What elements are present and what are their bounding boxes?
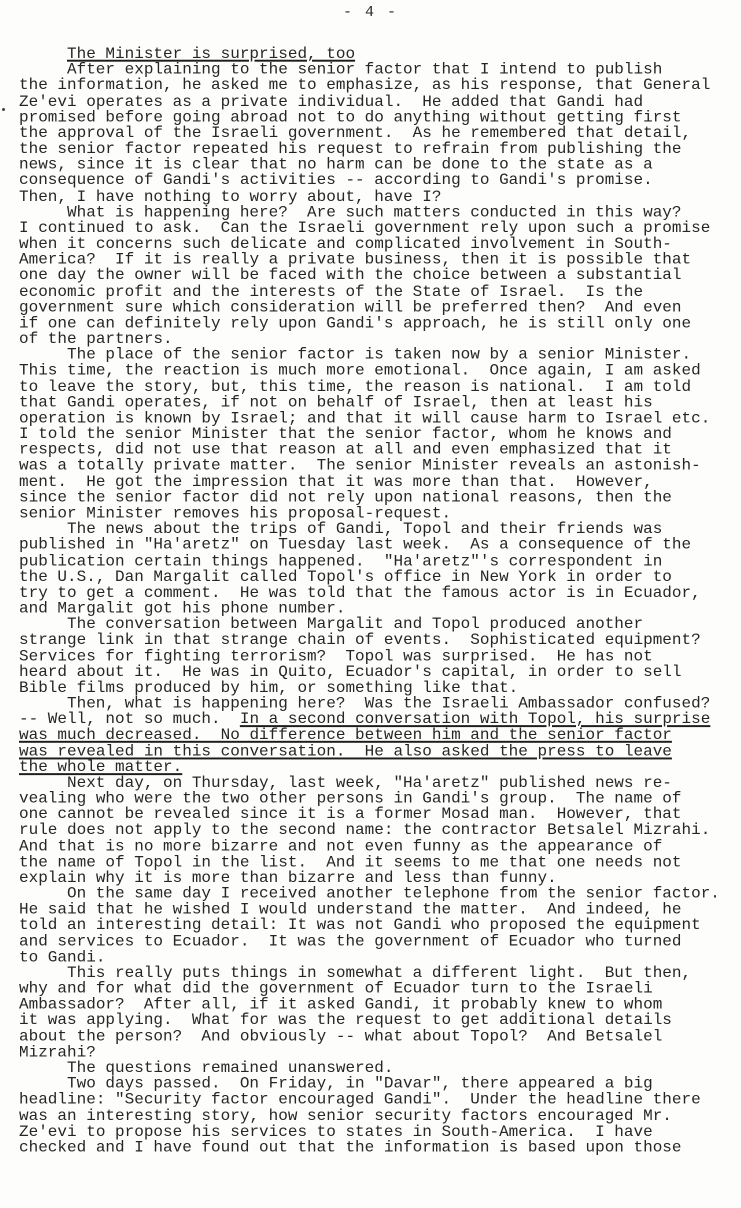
text-line: Two days passed. On Friday, in "Davar", …	[19, 1076, 739, 1092]
document-body: The Minister is surprised, tooAfter expl…	[19, 46, 739, 1155]
text-line: After explaining to the senior factor th…	[19, 62, 739, 78]
text-line: one cannot be revealed since it is a for…	[19, 807, 739, 823]
text-line: -- Well, not so much. In a second conver…	[19, 712, 739, 728]
text-line: if one can definitely rely upon Gandi's …	[19, 315, 739, 331]
text-line: Ze'evi to propose his services to states…	[19, 1124, 739, 1140]
text-line: the name of Topol in the list. And it se…	[19, 854, 739, 870]
text-line: the information, he asked me to emphasiz…	[19, 78, 739, 94]
text-line: Then, what is happening here? Was the Is…	[19, 696, 739, 712]
text-line: of the partners.	[19, 331, 739, 347]
text-line: headline: "Security factor encouraged Ga…	[19, 1092, 739, 1108]
text-line: and Margalit got his phone number.	[19, 601, 739, 617]
text-line: strange link in that strange chain of ev…	[19, 632, 739, 648]
text-line: told an interesting detail: It was not G…	[19, 918, 739, 934]
text-line: Then, I have nothing to worry about, hav…	[19, 189, 739, 205]
text-line: Ambassador? After all, if it asked Gandi…	[19, 997, 739, 1013]
text-line: about the person? And obviously -- what …	[19, 1029, 739, 1045]
text-line: to leave the story, but, this time, the …	[19, 379, 739, 395]
text-segment: checked and I have found out that the in…	[19, 1139, 682, 1157]
text-line: why and for what did the government of E…	[19, 981, 739, 997]
text-line: The news about the trips of Gandi, Topol…	[19, 521, 739, 537]
text-line: when it concerns such delicate and compl…	[19, 236, 739, 252]
text-line: the senior factor repeated his request t…	[19, 141, 739, 157]
text-line: promised before going abroad not to do a…	[19, 109, 739, 125]
text-line: the U.S., Dan Margalit called Topol's of…	[19, 569, 739, 585]
text-line: What is happening here? Are such matters…	[19, 204, 739, 220]
text-line: This really puts things in somewhat a di…	[19, 965, 739, 981]
text-line: economic profit and the interests of the…	[19, 284, 739, 300]
text-line: was a totally private matter. The senior…	[19, 458, 739, 474]
text-line: was much decreased. No difference betwee…	[19, 727, 739, 743]
text-line: The questions remained unanswered.	[19, 1060, 739, 1076]
text-line: one day the owner will be faced with the…	[19, 268, 739, 284]
text-line: news, since it is clear that no harm can…	[19, 157, 739, 173]
text-line: On the same day I received another telep…	[19, 886, 739, 902]
text-line: senior Minister removes his proposal-req…	[19, 506, 739, 522]
text-line: He said that he wished I would understan…	[19, 902, 739, 918]
text-line: that Gandi operates, if not on behalf of…	[19, 395, 739, 411]
text-line: published in "Ha'aretz" on Tuesday last …	[19, 537, 739, 553]
text-line: Bible films produced by him, or somethin…	[19, 680, 739, 696]
text-line: government sure which consideration will…	[19, 300, 739, 316]
text-line: America? If it is really a private busin…	[19, 252, 739, 268]
text-line: explain why it is more than bizarre and …	[19, 870, 739, 886]
text-line: try to get a comment. He was told that t…	[19, 585, 739, 601]
text-line: the approval of the Israeli government. …	[19, 125, 739, 141]
text-segment: about the person? And obviously -- what …	[19, 1028, 662, 1046]
text-line: This time, the reaction is much more emo…	[19, 363, 739, 379]
text-line: vealing who were the two other persons i…	[19, 791, 739, 807]
text-line: Next day, on Thursday, last week, "Ha'ar…	[19, 775, 739, 791]
text-line: I told the senior Minister that the seni…	[19, 426, 739, 442]
text-line: it was applying. What for was the reques…	[19, 1013, 739, 1029]
text-line: Mizrahi?	[19, 1044, 739, 1060]
text-line: was an interesting story, how senior sec…	[19, 1108, 739, 1124]
text-line: respects, did not use that reason at all…	[19, 442, 739, 458]
text-line: heard about it. He was in Quito, Ecuador…	[19, 664, 739, 680]
text-line: consequence of Gandi's activities -- acc…	[19, 173, 739, 189]
document-page: - 4 - The Minister is surprised, tooAfte…	[0, 0, 741, 1208]
text-line: Ze'evi operates as a private individual.…	[19, 94, 739, 110]
text-line: The conversation between Margalit and To…	[19, 617, 739, 633]
text-line: Services for fighting terrorism? Topol w…	[19, 648, 739, 664]
text-line: And that is no more bizarre and not even…	[19, 838, 739, 854]
text-line: the whole matter.	[19, 759, 739, 775]
text-line: ment. He got the impression that it was …	[19, 474, 739, 490]
text-line: The place of the senior factor is taken …	[19, 347, 739, 363]
text-line: publication certain things happened. "Ha…	[19, 553, 739, 569]
text-line: was revealed in this conversation. He al…	[19, 743, 739, 759]
text-line: operation is known by Israel; and that i…	[19, 411, 739, 427]
text-line: and services to Ecuador. It was the gove…	[19, 934, 739, 950]
text-line: rule does not apply to the second name: …	[19, 823, 739, 839]
text-segment: and services to Ecuador. It was the gove…	[19, 933, 682, 951]
text-line: checked and I have found out that the in…	[19, 1140, 739, 1156]
margin-mark	[2, 108, 5, 111]
section-heading: The Minister is surprised, too	[19, 46, 739, 62]
text-line: to Gandi.	[19, 949, 739, 965]
text-line: I continued to ask. Can the Israeli gove…	[19, 220, 739, 236]
text-line: since the senior factor did not rely upo…	[19, 490, 739, 506]
page-number: - 4 -	[0, 4, 741, 21]
